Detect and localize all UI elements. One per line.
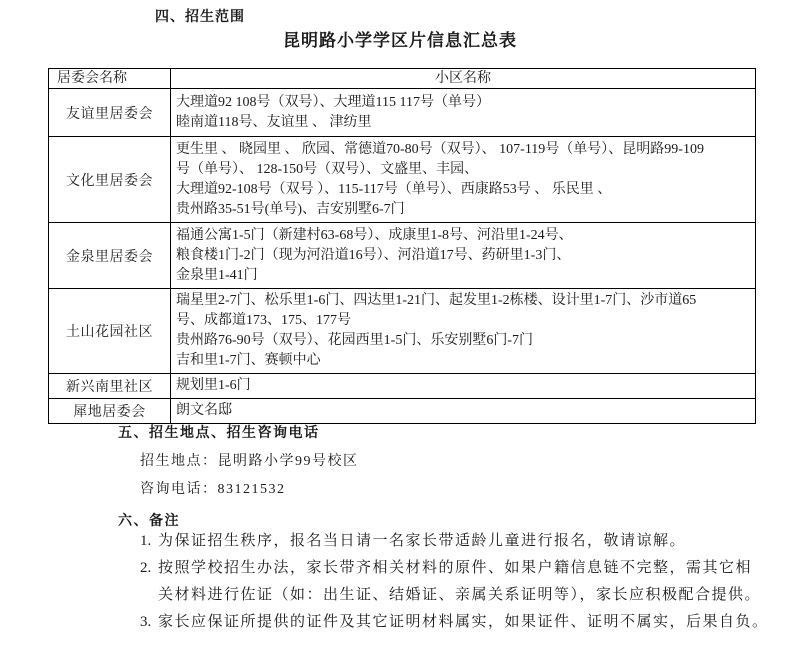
committee-cell: 文化里居委会 — [49, 137, 171, 223]
note-line: 为保证招生秩序，报名当日请一名家长带适龄儿童进行报名，敬请谅解。 — [158, 528, 788, 555]
table-row: 犀地居委会 朗文名邸 — [49, 399, 756, 424]
area-line: 更生里 、 晓园里 、 欣园、常德道70-80号（双号）、 107-119号（单… — [176, 140, 750, 160]
note-number: 1. — [140, 528, 151, 555]
area-line: 贵州路35-51号(单号)、吉安别墅6-7门 — [176, 200, 750, 220]
table-row: 金泉里居委会 福通公寓1-5门（新建村63-68号）、成康里1-8号、河沿里1-… — [49, 223, 756, 289]
section4-heading: 四、招生范围 — [155, 6, 245, 26]
area-line: 号（单号）、 128-150号（双号）、文盛里、丰园、 — [176, 160, 750, 180]
note-line: 家长应保证所提供的证件及其它证明材料属实，如果证件、证明不属实，后果自负。 — [158, 609, 788, 636]
area-cell: 朗文名邸 — [171, 399, 756, 424]
table-header-row: 居委会名称 小区名称 — [49, 69, 756, 89]
committee-cell: 犀地居委会 — [49, 399, 171, 424]
enrollment-location-line: 招生地点：昆明路小学99号校区 — [140, 450, 359, 470]
area-line: 粮食楼1门-2门（现为河沿道16号）、河沿道17号、药研里1-3门、 — [176, 246, 750, 266]
committee-cell: 新兴南里社区 — [49, 374, 171, 399]
committee-cell: 金泉里居委会 — [49, 223, 171, 289]
note-item: 3. 家长应保证所提供的证件及其它证明材料属实，如果证件、证明不属实，后果自负。 — [140, 609, 788, 636]
area-line: 大理道92-108号（双号 ）、115-117号（单号）、西康路53号 、 乐民… — [176, 180, 750, 200]
area-line: 贵州路76-90号（双号）、花园西里1-5门、乐安别墅6门-7门 — [176, 331, 750, 351]
area-cell: 瑞星里2-7门、松乐里1-6门、四达里1-21门、起发里1-2栋楼、设计里1-7… — [171, 289, 756, 374]
section6-heading: 六、备注 — [118, 510, 180, 530]
area-line: 号、成都道173、175、177号 — [176, 311, 750, 331]
note-line: 按照学校招生办法，家长带齐相关材料的原件、如果户籍信息链不完整，需其它相 — [158, 555, 788, 582]
committee-cell: 土山花园社区 — [49, 289, 171, 374]
table-row: 文化里居委会 更生里 、 晓园里 、 欣园、常德道70-80号（双号）、 107… — [49, 137, 756, 223]
area-line: 福通公寓1-5门（新建村63-68号）、成康里1-8号、河沿里1-24号、 — [176, 226, 750, 246]
table-row: 新兴南里社区 规划里1-6门 — [49, 374, 756, 399]
table-row: 土山花园社区 瑞星里2-7门、松乐里1-6门、四达里1-21门、起发里1-2栋楼… — [49, 289, 756, 374]
section5-heading: 五、招生地点、招生咨询电话 — [118, 422, 320, 442]
table-title: 昆明路小学学区片信息汇总表 — [0, 26, 800, 51]
note-item: 2. 按照学校招生办法，家长带齐相关材料的原件、如果户籍信息链不完整，需其它相 … — [140, 555, 788, 609]
area-line: 朗文名邸 — [176, 401, 750, 421]
area-line: 规划里1-6门 — [176, 376, 750, 396]
note-line: 关材料进行佐证（如：出生证、结婚证、亲属关系证明等），家长应积极配合提供。 — [158, 582, 788, 609]
committee-column-header: 居委会名称 — [49, 69, 171, 89]
area-line: 金泉里1-41门 — [176, 266, 750, 286]
area-line: 睦南道118号、友谊里 、 津纺里 — [176, 113, 750, 133]
committee-cell: 友谊里居委会 — [49, 89, 171, 137]
table-row: 友谊里居委会 大理道92 108号（双号）、大理道115 117号（单号） 睦南… — [49, 89, 756, 137]
area-line: 吉和里1-7门、赛顿中心 — [176, 351, 750, 371]
notes-list: 1. 为保证招生秩序，报名当日请一名家长带适龄儿童进行报名，敬请谅解。 2. 按… — [140, 528, 788, 636]
area-column-header: 小区名称 — [171, 69, 756, 89]
district-table: 居委会名称 小区名称 友谊里居委会 大理道92 108号（双号）、大理道115 … — [48, 68, 756, 424]
document-page: 四、招生范围 昆明路小学学区片信息汇总表 居委会名称 小区名称 友谊里居委会 大… — [0, 0, 800, 660]
note-item: 1. 为保证招生秩序，报名当日请一名家长带适龄儿童进行报名，敬请谅解。 — [140, 528, 788, 555]
area-line: 大理道92 108号（双号）、大理道115 117号（单号） — [176, 93, 750, 113]
area-cell: 更生里 、 晓园里 、 欣园、常德道70-80号（双号）、 107-119号（单… — [171, 137, 756, 223]
area-cell: 大理道92 108号（双号）、大理道115 117号（单号） 睦南道118号、友… — [171, 89, 756, 137]
area-line: 瑞星里2-7门、松乐里1-6门、四达里1-21门、起发里1-2栋楼、设计里1-7… — [176, 291, 750, 311]
note-number: 3. — [140, 609, 151, 636]
consultation-phone-line: 咨询电话：83121532 — [140, 478, 286, 498]
area-cell: 福通公寓1-5门（新建村63-68号）、成康里1-8号、河沿里1-24号、 粮食… — [171, 223, 756, 289]
area-cell: 规划里1-6门 — [171, 374, 756, 399]
note-number: 2. — [140, 555, 151, 582]
